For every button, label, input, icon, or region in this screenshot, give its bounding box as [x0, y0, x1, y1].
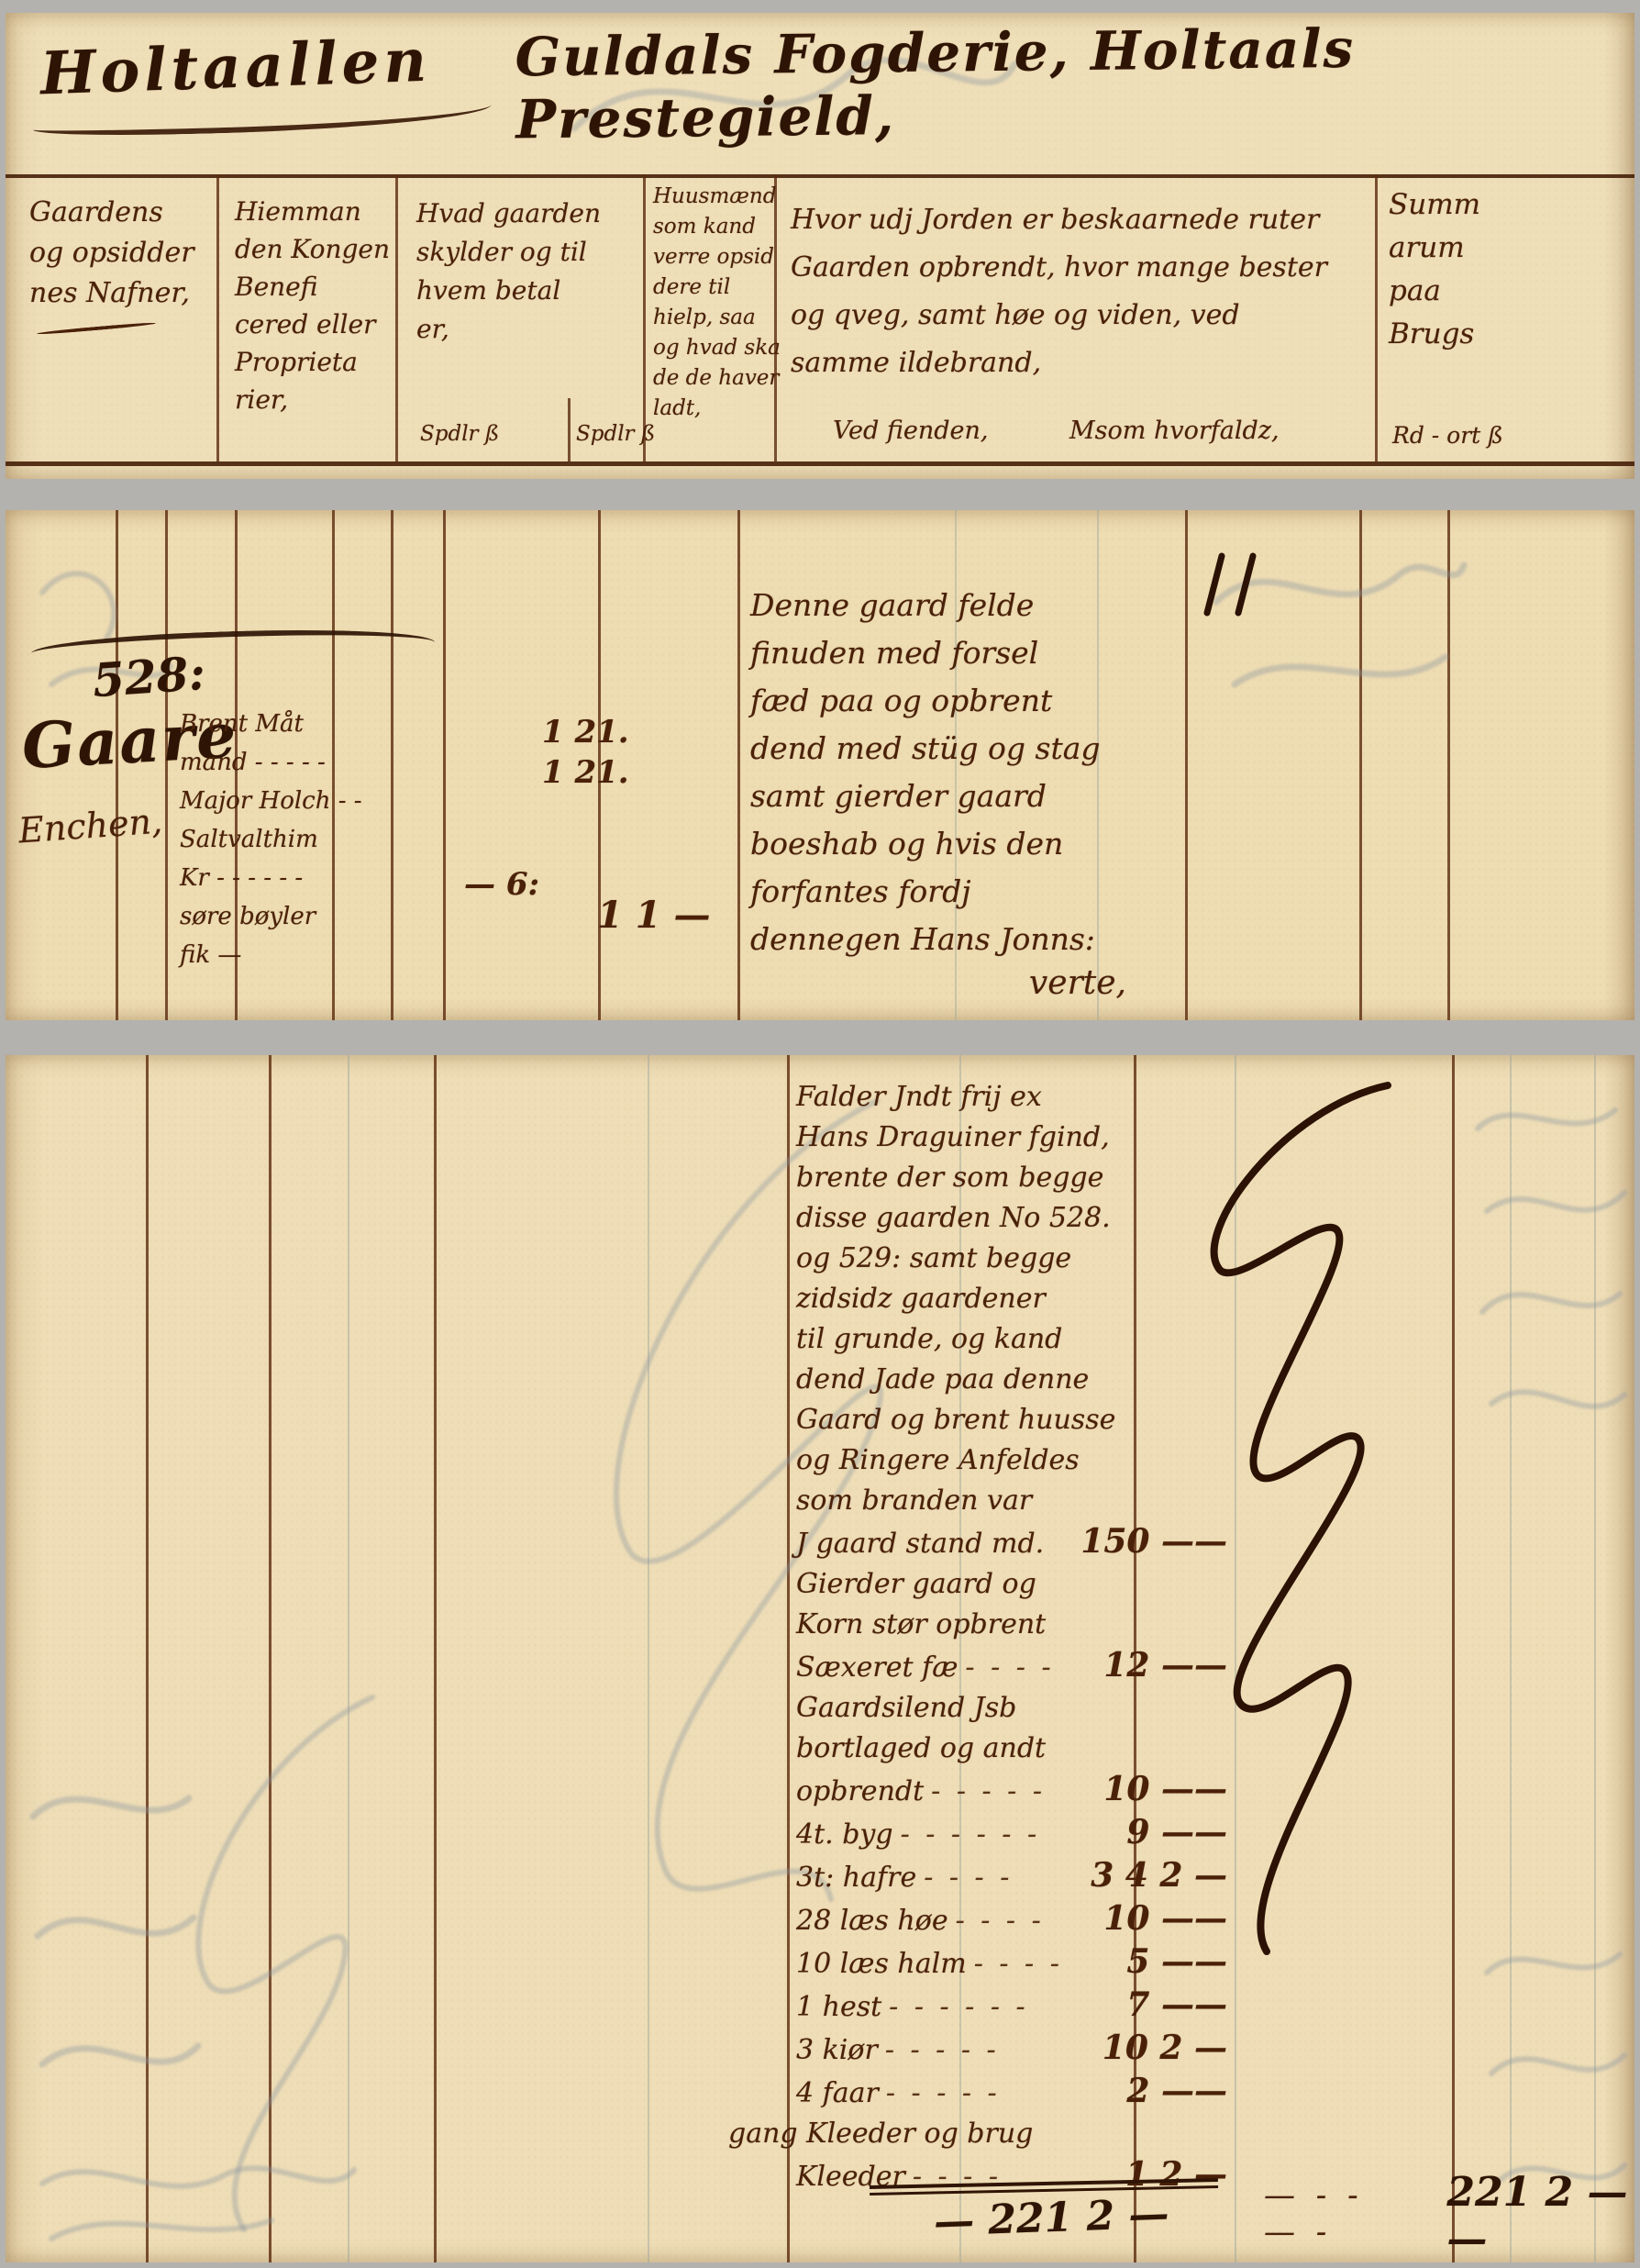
leader-dashes: — - - — -: [1264, 2177, 1410, 2251]
entry-text: 10 læs halm: [796, 1944, 967, 1984]
tenure-line: mand - - - - -: [180, 743, 455, 782]
column1-header-farm-names: Gaardensog opsiddernes Nafner,: [29, 193, 213, 314]
entry-text: brente der som begge: [796, 1158, 1103, 1198]
bleedthrough-script: [24, 1752, 207, 2138]
header-line: Hvad gaarden: [416, 195, 637, 233]
column-rule: [434, 1055, 437, 2262]
entry-text: 1 hest: [796, 1987, 881, 2028]
amount-value: — 6:: [464, 866, 539, 903]
summarum-total: — - - — - 221 2 — —: [1264, 2169, 1634, 2262]
entry-line: 4 faar - - - - - 2 ——: [796, 2071, 1227, 2114]
leader-dashes: - - - - -: [885, 2030, 1095, 2071]
entry-strip: 528: Gaare Enchen, Brent Måtmand - - - -…: [6, 510, 1634, 1020]
column3-header-tax: Hvad gaardenskylder og tilhvem betaler,: [416, 195, 637, 349]
tenure-line: Saltvalthim: [180, 820, 455, 859]
district-title: Holtaallen: [39, 27, 432, 109]
column2-header-ownership: Hiemmanden KongenBeneficered ellerPropri…: [235, 193, 400, 418]
column-rule: [1185, 510, 1188, 1020]
entry-text: opbrendt: [796, 1772, 924, 1812]
tenure-line: Kr - - - - - -: [180, 859, 455, 897]
header-line: Brugs: [1389, 313, 1627, 356]
total-block: — 221 2 —: [796, 2171, 1227, 2240]
header-line: verre opsid: [653, 242, 770, 272]
entry-line: 3 kiør - - - - - 10 2 —: [796, 2028, 1227, 2071]
page-title: Guldals Fogderie, Holtaals Prestegield,: [515, 15, 1634, 151]
header-line: Huusmænd: [653, 182, 770, 212]
header-line: paa: [1389, 270, 1627, 313]
leader-dashes: - - - - -: [931, 1772, 1096, 1812]
note-line: fæd paa og opbrent: [750, 677, 1126, 725]
tenure-line: søre bøyler: [180, 897, 455, 936]
entry-text: Hans Draguiner fgind,: [796, 1117, 1110, 1158]
entry-amount: 7 ——: [1126, 1984, 1227, 2025]
currency-units-label: Rd - ort ß: [1392, 422, 1503, 449]
entry-amount: 2 ——: [1126, 2071, 1227, 2111]
header-line: hvem betal: [416, 272, 637, 310]
entry-text: zidsidz gaardener: [796, 1279, 1046, 1319]
entry-line: gang Kleeder og brug: [728, 2114, 1227, 2154]
header-line: Gaarden opbrendt, hvor mange bester: [791, 244, 1378, 292]
entry-text: Sæxeret fæ: [796, 1648, 958, 1688]
entry-text: 28 læs høe: [796, 1901, 948, 1941]
header-line: cered eller: [235, 306, 400, 343]
column-rule: [774, 174, 777, 461]
leader-dashes: - - - - - -: [901, 1815, 1120, 1855]
entry-text: Korn stør opbrent: [796, 1605, 1046, 1645]
leader-dashes: - - - -: [924, 1858, 1083, 1898]
entry-text: Gierder gaard og: [796, 1564, 1036, 1605]
tenure-line: fik —: [180, 936, 455, 974]
header-line: Hiemman: [235, 193, 400, 230]
zigzag-flourish: [1147, 1069, 1409, 1973]
note-line: samt gierder gaard: [750, 773, 1126, 820]
amount-value: 1 21.: [542, 714, 629, 750]
entry-text: 3 kiør: [796, 2030, 878, 2071]
title-underline-flourish: [33, 102, 493, 138]
column6-header-sum: SummarumpaaBrugs: [1389, 183, 1627, 356]
column4-header-cottagers: Huusmændsom kandverre opsiddere tilhielp…: [653, 182, 770, 424]
entry-text: som branden var: [796, 1481, 1032, 1521]
column-rule: [1452, 1055, 1455, 2262]
header-line: som kand: [653, 212, 770, 242]
entry-text: 3t: hafre: [796, 1858, 916, 1898]
header-line: og opsidder: [29, 233, 213, 273]
entry-text: disse gaarden No 528.: [796, 1198, 1111, 1239]
money-unit-label: Spdlr ß: [576, 422, 655, 446]
subheader-enemy: Ved fienden,: [833, 417, 988, 445]
note-line: forfantes fordj: [750, 868, 1126, 916]
header-line: Summ: [1389, 183, 1627, 227]
money-subcolumn-rule: [568, 398, 571, 461]
amount-value: 1 1 —: [597, 894, 711, 937]
leader-dashes: - - - - - -: [889, 1987, 1119, 2028]
entry-text: Gaardsilend Jsb: [796, 1688, 1016, 1729]
subheader-howlost: Msom hvorfaldz,: [1069, 417, 1280, 445]
tenure-notes: Brent Måtmand - - - - -Major Holch - -Sa…: [180, 705, 455, 974]
header-line: ladt,: [653, 394, 770, 424]
entry-text: Falder Jndt frij ex: [796, 1077, 1042, 1117]
flourish-dash: [37, 321, 156, 335]
entry-text: J gaard stand md.: [796, 1524, 1044, 1564]
header-line: og qveg, samt høe og viden, ved: [791, 292, 1378, 339]
header-line: dere til: [653, 272, 770, 303]
column-rule: [643, 174, 646, 461]
header-line: nes Nafner,: [29, 273, 213, 314]
entry-text: bortlaged og andt: [796, 1729, 1046, 1769]
header-line: er,: [416, 310, 637, 349]
column-rule: [216, 174, 219, 461]
note-signoff: verte,: [750, 960, 1163, 1007]
entry-text: til grunde, og kand: [796, 1319, 1062, 1360]
note-line: Denne gaard felde: [750, 582, 1126, 629]
entry-amount: 10 2 —: [1103, 2028, 1227, 2068]
money-unit-label: Spdlr ß: [420, 422, 499, 446]
note-line: finuden med forsel: [750, 629, 1126, 677]
column-rule: [737, 510, 740, 1020]
entry-note: Denne gaard feldefinuden med forselfæd p…: [750, 582, 1126, 963]
header-line: rier,: [235, 381, 400, 418]
entry-text: 4 faar: [796, 2073, 879, 2114]
entry-text: 4t. byg: [796, 1815, 893, 1855]
header-line: Benefi: [235, 268, 400, 306]
note-line: dend med stüg og stag: [750, 725, 1126, 773]
header-line: skylder og til: [416, 233, 637, 272]
entry-text: og 529: samt begge: [796, 1239, 1071, 1279]
summarum-total-value: 221 2 — —: [1446, 2169, 1634, 2262]
entry-line: 1 hest - - - - - - 7 ——: [796, 1984, 1227, 2028]
header-strip: Holtaallen Guldals Fogderie, Holtaals Pr…: [6, 13, 1634, 479]
entry-text: Gaard og brent huusse: [796, 1400, 1115, 1440]
bleedthrough-script: [33, 2138, 363, 2257]
header-line: samme ildebrand,: [791, 339, 1378, 387]
table-bottom-rule: [6, 461, 1634, 466]
header-line: Hvor udj Jorden er beskaarnede ruter: [791, 196, 1378, 244]
header-line: og hvad ska: [653, 333, 770, 363]
entry-text: og Ringere Anfeldes: [796, 1440, 1080, 1481]
header-line: de de haver: [653, 363, 770, 394]
ink-tally-marks: [1191, 549, 1273, 622]
header-line: hielp, saa: [653, 303, 770, 333]
occupant-name: Enchen,: [17, 801, 164, 851]
amount-value: 1 21.: [542, 754, 629, 791]
continuation-strip: Falder Jndt frij ex Hans Draguiner fgind…: [6, 1055, 1634, 2262]
note-line: boeshab og hvis den: [750, 820, 1126, 868]
tenure-line: Brent Måt: [180, 705, 455, 743]
note-line: dennegen Hans Jonns:: [750, 916, 1126, 963]
leader-dashes: - - - -: [965, 1648, 1096, 1688]
leader-dashes: - - - - -: [886, 2073, 1120, 2114]
leader-dashes: - - - -: [974, 1944, 1120, 1984]
entry-number: 528:: [91, 646, 207, 707]
header-line: arum: [1389, 227, 1627, 270]
tenure-line: Major Holch - -: [180, 782, 455, 820]
header-line: Proprieta: [235, 343, 400, 381]
header-line: den Kongen: [235, 230, 400, 268]
bleedthrough-script: [1468, 1073, 1634, 1459]
table-top-rule: [6, 174, 1634, 178]
grand-total-value: — 221 2 —: [933, 2188, 1228, 2245]
header-line: Gaardens: [29, 193, 213, 233]
entry-text: dend Jade paa denne: [796, 1360, 1089, 1400]
leader-dashes: - - - -: [956, 1901, 1097, 1941]
entry-text: gang Kleeder og brug: [728, 2114, 1033, 2154]
column5-header-damage: Hvor udj Jorden er beskaarnede ruterGaar…: [791, 196, 1378, 387]
